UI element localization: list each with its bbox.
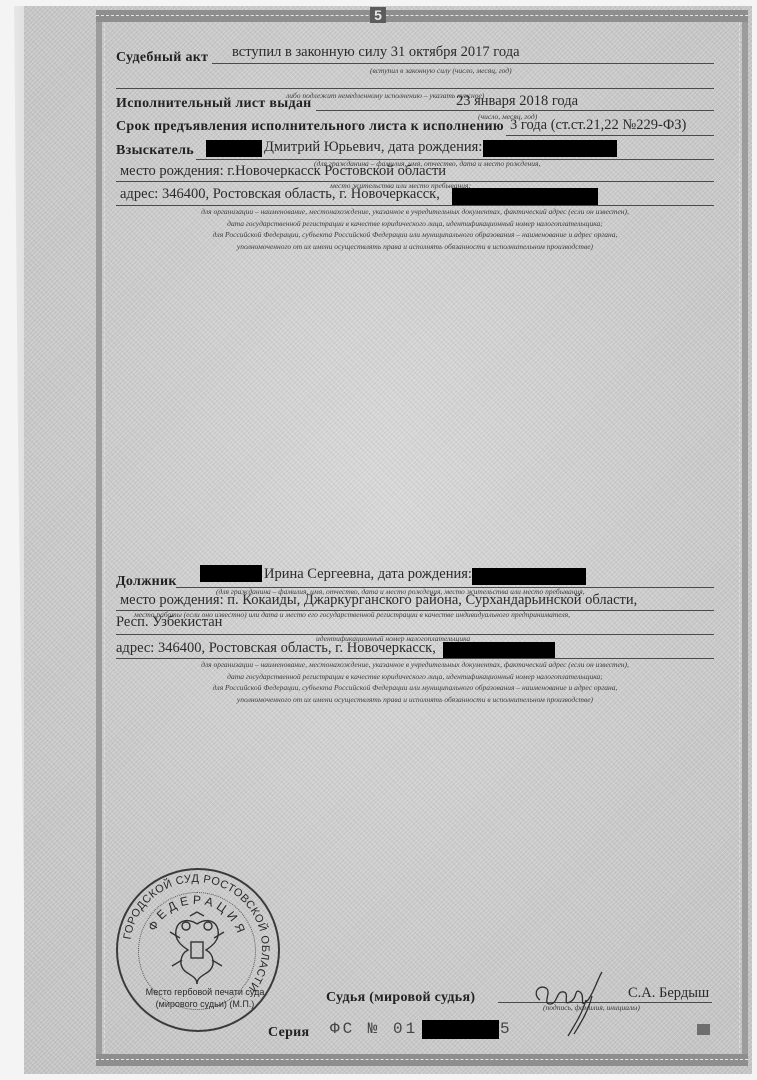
redacted-address — [452, 188, 598, 205]
org-hint-line: для Российской Федерации, субъекта Росси… — [116, 229, 714, 241]
page-number: 5 — [370, 7, 386, 23]
org-hint-line: для Российской Федерации, субъекта Росси… — [116, 682, 714, 694]
debtor-org-hint: для организации – наименование, местонах… — [116, 659, 714, 705]
seal-place-label: Место гербовой печати суда (мирового суд… — [130, 986, 280, 1010]
court-act-label: Судебный акт — [116, 50, 208, 66]
border-bottom — [96, 1054, 748, 1066]
svg-text:ФЕДЕРАЦИЯ: ФЕДЕРАЦИЯ — [145, 893, 249, 939]
term-label: Срок предъявления исполнительного листа … — [116, 119, 504, 135]
org-hint-line: дата государственной регистрации в качес… — [116, 218, 714, 230]
org-hint-line: уполномоченного от их имени осуществлять… — [116, 694, 714, 706]
judge-hint: (подпись, фамилия, инициалы) — [543, 1003, 640, 1012]
svg-text:ГОРОДСКОЙ СУД РОСТОВСКОЙ ОБЛАС: ГОРОДСКОЙ СУД РОСТОВСКОЙ ОБЛАСТИ — [122, 873, 271, 994]
corner-mark — [697, 1024, 710, 1035]
redacted-birthdate — [472, 568, 586, 585]
org-hint-line: для организации – наименование, местонах… — [116, 659, 714, 671]
debtor-birthplace: место рождения: п. Кокаиды, Джаркурганск… — [120, 592, 637, 609]
writ-issued-label: Исполнительный лист выдан — [116, 96, 312, 112]
series-label: Серия — [268, 1025, 309, 1041]
judge-name: С.А. Бердыш — [628, 985, 709, 1002]
series-suffix: 5 — [500, 1020, 513, 1038]
claimant-address: адрес: 346400, Ростовская область, г. Но… — [120, 186, 440, 203]
org-hint-line: дата государственной регистрации в качес… — [116, 671, 714, 683]
term-line — [506, 135, 714, 136]
term-value: 3 года (ст.ст.21,22 №229-ФЗ) — [510, 117, 686, 134]
court-act-line-2 — [116, 88, 714, 89]
series-prefix: ФС № 01 — [330, 1020, 418, 1038]
redacted-surname — [200, 565, 262, 582]
claimant-label: Взыскатель — [116, 143, 194, 159]
debtor-birthplace-2: Респ. Узбекистан — [116, 614, 222, 631]
border-top — [96, 10, 748, 22]
debtor-address: адрес: 346400, Ростовская область, г. Но… — [116, 640, 436, 657]
claimant-birthplace: место рождения: г.Новочеркасск Ростовско… — [120, 163, 446, 180]
court-act-hint-2: либо подлежит немедленному исполнению – … — [286, 91, 484, 100]
claimant-org-hint: для организации – наименование, местонах… — [116, 206, 714, 252]
court-act-value: вступил в законную силу 31 октября 2017 … — [232, 44, 520, 61]
writ-issued-line — [316, 110, 714, 111]
org-hint-line: уполномоченного от их имени осуществлять… — [116, 241, 714, 253]
court-act-line — [212, 63, 714, 64]
debtor-label: Должник — [116, 574, 177, 590]
claimant-name: Дмитрий Юрьевич, дата рождения: — [264, 139, 482, 156]
debtor-name: Ирина Сергеевна, дата рождения: — [264, 566, 472, 583]
org-hint-line: для организации – наименование, местонах… — [116, 206, 714, 218]
redacted-address — [443, 642, 555, 659]
redacted-surname — [206, 140, 262, 157]
redacted-series-number — [422, 1020, 499, 1039]
writ-issued-value: 23 января 2018 года — [456, 93, 578, 110]
redacted-birthdate — [483, 140, 617, 157]
judge-label: Судья (мировой судья) — [326, 990, 475, 1006]
seal-place-line-1: Место гербовой печати суда — [130, 986, 280, 998]
seal-place-line-2: (мирового судьи) (М.П.) — [130, 998, 280, 1010]
court-act-hint: (вступил в законную силу (число, месяц, … — [370, 66, 512, 75]
